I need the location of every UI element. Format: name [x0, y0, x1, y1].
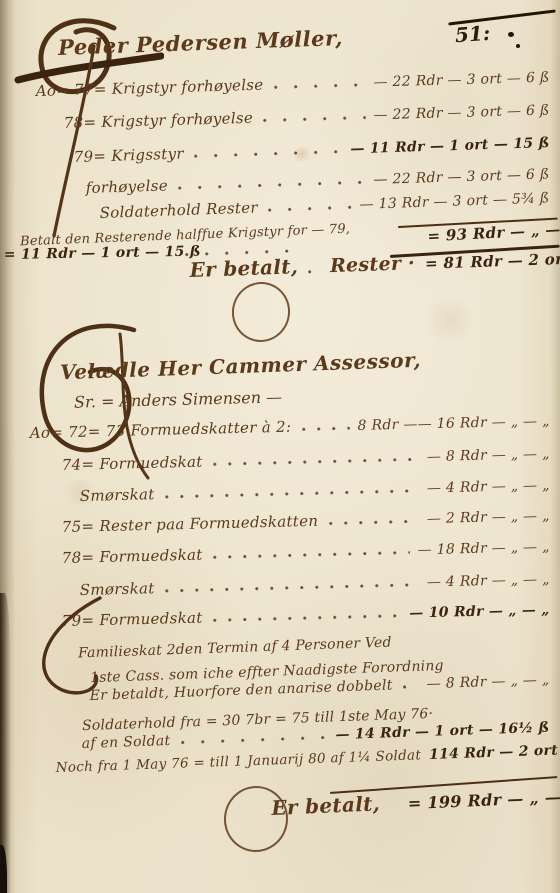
sum-rest: = 81 Rdr — 2 ort — 23¾ ß: [425, 247, 560, 273]
dotted-leader: [213, 613, 402, 624]
entry-amount: — 18 Rdr — „ — „: [417, 539, 549, 558]
page-edge-shadow: [550, 0, 560, 893]
soldaterhold-line: af en Soldat: [81, 733, 170, 752]
entry-amount: — 22 Rdr — 3 ort — 6 ß: [373, 166, 550, 188]
entry-label: 78= Formuedskat: [62, 546, 203, 567]
entry-amount: 8 Rdr —— 16 Rdr — „ — „: [357, 413, 549, 434]
page-number: 51:: [454, 21, 491, 47]
dotted-leader: [178, 179, 366, 191]
ledger-row: 78= Formuedskat — 18 Rdr — „ — „: [62, 537, 550, 567]
entry-label: 75= Rester paa Formuedskatten: [62, 512, 319, 536]
marginal-swash: [22, 592, 112, 706]
dotted-leader: [194, 149, 343, 160]
entry-amount: — 2 Rdr — „ — „: [427, 508, 550, 527]
familieskat-line: Familieskat 2den Termin af 4 Personer Ve…: [78, 635, 392, 662]
dotted-leader: [213, 456, 419, 467]
entry-amount: — 8 Rdr — „ — „: [427, 446, 550, 465]
section2-subheading: Sr. = Anders Simensen —: [74, 387, 283, 411]
total-row: Er betalt, = 199 Rdr — „ — 1¼ ß: [271, 784, 552, 820]
entry-label: 78= Krigstyr forhøyelse: [63, 109, 253, 132]
loop-flourish: [220, 782, 293, 856]
ledger-row: 79= Formuedskat — 10 Rdr — „ — „: [62, 600, 550, 630]
entry-amount: 114 Rdr — 2 ort — 8¼ ß: [429, 740, 560, 763]
paid-label: Er betalt,: [189, 254, 298, 282]
entry-label: 74= Formuedskat: [62, 453, 203, 474]
dotted-leader: [403, 684, 419, 691]
entry-label: Smørskat: [80, 485, 155, 505]
entry-amount: — 4 Rdr — „ — „: [427, 572, 550, 591]
ink-blot: [508, 32, 514, 37]
dotted-leader: [165, 582, 419, 594]
margin-note-row: = 11 Rdr — 1 ort — 15 ß: [4, 244, 174, 263]
entry-amount: — 4 Rdr — „ — „: [427, 478, 550, 497]
dotted-leader: [273, 82, 365, 91]
dotted-leader: [328, 518, 419, 526]
entry-amount: — 22 Rdr — 3 ort — 6 ß: [373, 70, 550, 91]
manuscript-page: 51: Peder Pedersen Møller, Ao= 77= Krigs…: [0, 0, 560, 893]
paper-stain: [420, 300, 480, 340]
grand-total: = 199 Rdr — „ — 1¼ ß: [407, 785, 560, 813]
ledger-row: Smørskat — 4 Rdr — „ — „: [80, 570, 550, 599]
dotted-leader: [263, 115, 366, 124]
margin-note: = 11 Rdr — 1 ort — 15 ß: [4, 244, 201, 263]
entry-amount: — 22 Rdr — 3 ort — 6 ß: [373, 102, 550, 123]
entry-amount: — 10 Rdr — „ — „: [409, 602, 550, 621]
entry-label: forhøyelse: [85, 176, 168, 197]
dotted-leader: [301, 425, 349, 432]
soldaterhold-line: Noch fra 1 May 76 = till 1 Januarij 80 a…: [55, 747, 421, 776]
dotted-leader: [268, 204, 352, 213]
rest-label: Rester ·: [330, 252, 416, 277]
dotted-leader: [308, 268, 322, 274]
entry-amount: — 13 Rdr — 3 ort — 5¾ ß: [359, 190, 549, 213]
loop-flourish: [226, 277, 295, 348]
dotted-leader: [180, 734, 327, 745]
entry-amount: — 11 Rdr — 1 ort — 15 ß: [350, 135, 550, 157]
ink-blot: [516, 44, 520, 48]
entry-amount: — 8 Rdr — „ — „: [426, 672, 549, 692]
entry-label: 79= Krigsstyr: [73, 145, 184, 166]
dotted-leader: [213, 550, 410, 561]
dotted-leader: [165, 488, 419, 500]
ledger-row: 75= Rester paa Formuedskatten — 2 Rdr — …: [62, 506, 550, 536]
